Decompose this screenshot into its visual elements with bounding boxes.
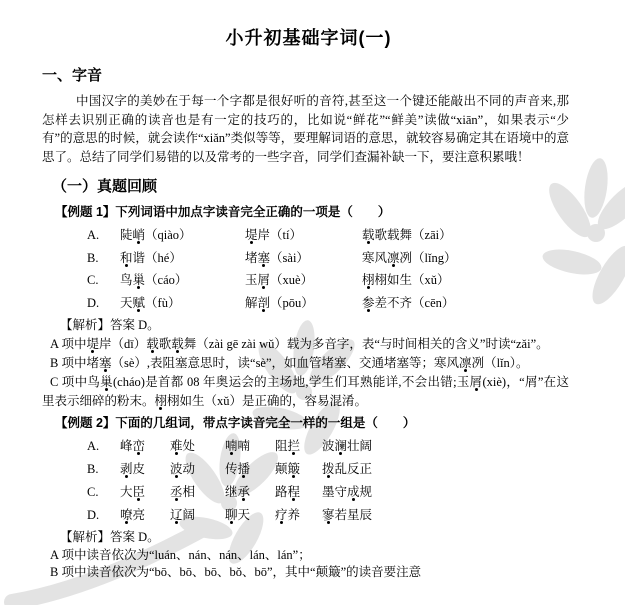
section-heading-ziyin: 一、字音 [42, 64, 569, 85]
option-label: B. [87, 458, 120, 481]
option-word: 聊天 [225, 504, 275, 527]
option-word: 路程 [275, 481, 322, 504]
subsection-heading-zhenti: （一）真题回顾 [52, 175, 569, 196]
analysis2-item-b: B 项中读音依次为“bō、bō、bō、bǒ、bō”，其中“颠簸”的读音要注意 [42, 564, 569, 582]
example1-option-b: B. 和谐（hé） 堵塞（sài） 寒风凛冽（lǐng） [87, 247, 569, 270]
option-label: C. [87, 481, 120, 504]
intro-paragraph: 中国汉字的美妙在于每一个字都是很好听的音符,甚至这一个键还能敲出不同的声音来,那… [42, 92, 569, 166]
page-title: 小升初基础字词(一) [48, 24, 569, 50]
option-label: C. [87, 269, 120, 292]
option-word: 丞相 [170, 481, 225, 504]
option-word: 峰峦 [120, 435, 170, 458]
option-word: 栩栩如生（xǔ） [362, 269, 569, 292]
document-page: 小升初基础字词(一) 一、字音 中国汉字的美妙在于每一个字都是很好听的音符,甚至… [0, 0, 625, 605]
example1-option-d: D. 天赋（fù） 解剖（pōu） 参差不齐（cēn） [87, 292, 569, 315]
example2-option-b: B. 剥皮 波动 传播 颠簸 拨乱反正 [87, 458, 569, 481]
option-word: 陡峭（qiào） [120, 224, 245, 247]
option-label: D. [87, 292, 120, 315]
analysis2-item-a: A 项中读音依次为“luán、nán、nán、lán、lán”； [42, 547, 569, 565]
option-word: 喃喃 [225, 435, 275, 458]
option-label: D. [87, 504, 120, 527]
option-word: 传播 [225, 458, 275, 481]
analysis1-item-b: B 项中堵塞（sè）,表阻塞意思时，读“sè”，如血管堵塞、交通堵塞等；寒风凛冽… [42, 354, 569, 373]
example2-option-d: D. 嘹亮 辽阔 聊天 疗养 寥若星辰 [87, 504, 569, 527]
option-word: 嘹亮 [120, 504, 170, 527]
example1-option-a: A. 陡峭（qiào） 堤岸（tí） 载歌载舞（zāi） [87, 224, 569, 247]
option-word: 辽阔 [170, 504, 225, 527]
option-label: A. [87, 224, 120, 247]
option-word: 载歌载舞（zāi） [362, 224, 569, 247]
document-content: 小升初基础字词(一) 一、字音 中国汉字的美妙在于每一个字都是很好听的音符,甚至… [0, 0, 625, 582]
analysis1-item-c: C 项中鸟巢(cháo)是首都 08 年奥运会的主场地,学生们耳熟能详,不会出错… [42, 373, 569, 411]
option-word: 波澜壮阔 [322, 435, 569, 458]
option-word: 剥皮 [120, 458, 170, 481]
option-word: 寒风凛冽（lǐng） [362, 247, 569, 270]
option-word: 波动 [170, 458, 225, 481]
example2-header: 【例题 2】下面的几组词，带点字读音完全一样的一组是（ ） [55, 414, 569, 433]
analysis2-answer: 【解析】答案 D。 [60, 529, 569, 547]
option-word: 参差不齐（cēn） [362, 292, 569, 315]
option-word: 拨乱反正 [322, 458, 569, 481]
option-word: 颠簸 [275, 458, 322, 481]
option-word: 堵塞（sài） [245, 247, 362, 270]
option-word: 和谐（hé） [120, 247, 245, 270]
analysis1-item-a: A 项中堤岸（dī）载歌载舞（zài gē zài wǔ）载为多音字，表“与时间… [42, 335, 569, 354]
option-word: 堤岸（tí） [245, 224, 362, 247]
option-word: 玉屑（xuè） [245, 269, 362, 292]
option-label: A. [87, 435, 120, 458]
option-word: 鸟巢（cáo） [120, 269, 245, 292]
option-word: 阻拦 [275, 435, 322, 458]
example2-option-c: C. 大臣 丞相 继承 路程 墨守成规 [87, 481, 569, 504]
option-word: 大臣 [120, 481, 170, 504]
example1-option-c: C. 鸟巢（cáo） 玉屑（xuè） 栩栩如生（xǔ） [87, 269, 569, 292]
option-label: B. [87, 247, 120, 270]
option-word: 继承 [225, 481, 275, 504]
option-word: 墨守成规 [322, 481, 569, 504]
option-word: 难处 [170, 435, 225, 458]
option-word: 寥若星辰 [322, 504, 569, 527]
example2-option-a: A. 峰峦 难处 喃喃 阻拦 波澜壮阔 [87, 435, 569, 458]
analysis1-answer: 【解析】答案 D。 [60, 316, 569, 335]
option-word: 解剖（pōu） [245, 292, 362, 315]
option-word: 疗养 [275, 504, 322, 527]
example1-header: 【例题 1】下列词语中加点字读音完全正确的一项是（ ） [55, 203, 569, 222]
option-word: 天赋（fù） [120, 292, 245, 315]
